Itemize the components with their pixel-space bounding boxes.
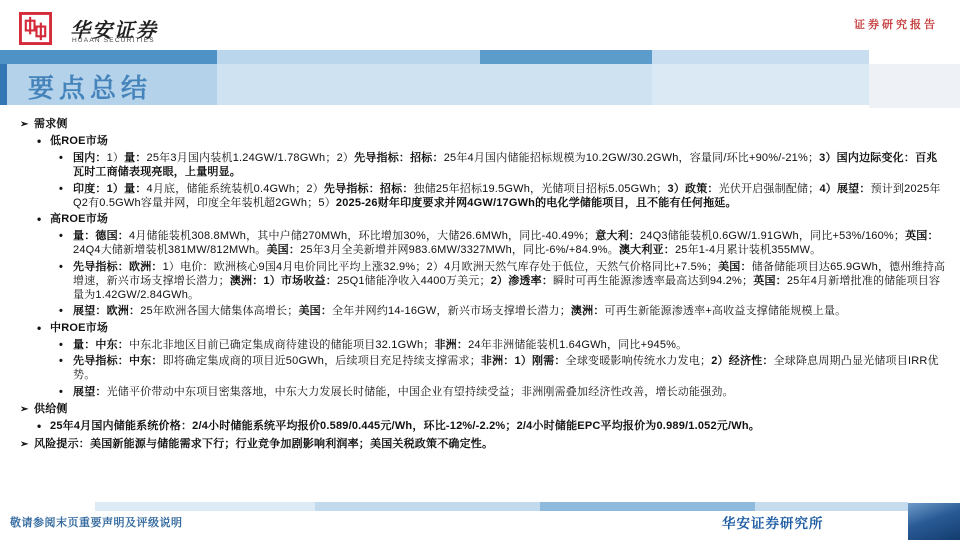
text-line-content: 供给侧 xyxy=(34,403,68,415)
footer-stripe-segment xyxy=(315,502,540,511)
text-line-content: 印度：1）量：4月底，储能系统装机0.4GWh；2）先导指标：招标：独储25年招… xyxy=(73,183,941,209)
dot-bullet-icon: • xyxy=(59,354,63,368)
text-line-content: 展望：欧洲：25年欧洲各国大储集体高增长；美国：全年并网约14-16GW，新兴市… xyxy=(73,305,846,317)
footer-stripe-segment xyxy=(95,502,315,511)
text-line-content: 低ROE市场 xyxy=(50,135,108,147)
footer-stripe-segment xyxy=(755,502,908,511)
text-line-content: 国内：1）量：25年3月国内装机1.24GW/1.78GWh；2）先导指标：招标… xyxy=(73,152,937,178)
text-line: •先导指标：中东：即将确定集成商的项目近50GWh，后续项目充足持续支撑需求；非… xyxy=(0,354,946,382)
text-line: •低ROE市场 xyxy=(0,134,946,149)
report-type-label: 证券研究报告 xyxy=(854,16,938,32)
banner-corner-panel xyxy=(869,64,960,108)
text-line-content: 高ROE市场 xyxy=(50,213,108,225)
arrow-bullet-icon: ➢ xyxy=(20,437,29,452)
text-line: •高ROE市场 xyxy=(0,212,946,227)
text-line-content: 25年4月国内储能系统价格：2/4小时储能系统平均报价0.589/0.445元/… xyxy=(50,420,760,432)
text-line-content: 量：中东：中东北非地区目前已确定集成商待建设的储能项目32.1GWh；非洲：24… xyxy=(73,339,687,351)
text-line: •量：德国：4月储能装机308.8MWh，其中户储270MWh，环比增加30%，… xyxy=(0,229,946,257)
text-line-content: 风险提示：美国新能源与储能需求下行；行业竞争加剧影响利润率；美国关税政策不确定性… xyxy=(34,438,493,450)
banner-bar-segment xyxy=(652,50,869,64)
banner-bar-segment xyxy=(480,50,652,64)
dot-bullet-icon: • xyxy=(59,338,63,352)
text-line: •展望：欧洲：25年欧洲各国大储集体高增长；美国：全年并网约14-16GW，新兴… xyxy=(0,304,946,318)
dot-bullet-icon: • xyxy=(59,385,63,399)
huaan-logo-icon xyxy=(19,12,52,45)
banner-bar-segment xyxy=(217,50,480,64)
text-line: •国内：1）量：25年3月国内装机1.24GW/1.78GWh；2）先导指标：招… xyxy=(0,151,946,179)
text-line-content: 展望：光储平价带动中东项目密集落地，中东大力发展长时储能，中国企业有望持续受益；… xyxy=(73,386,734,398)
text-line: •中ROE市场 xyxy=(0,321,946,336)
dot-bullet-icon: • xyxy=(59,151,63,165)
dot-bullet-icon: • xyxy=(37,212,41,227)
text-line-content: 先导指标：中东：即将确定集成商的项目近50GWh，后续项目充足持续支撑需求；非洲… xyxy=(73,355,939,381)
arrow-bullet-icon: ➢ xyxy=(20,117,29,132)
text-line: •印度：1）量：4月底，储能系统装机0.4GWh；2）先导指标：招标：独储25年… xyxy=(0,182,946,210)
banner-bar-segment xyxy=(0,50,217,64)
banner-left-strip xyxy=(0,64,7,105)
footer-corner-block xyxy=(908,503,960,540)
disclaimer-note: 敬请参阅末页重要声明及评级说明 xyxy=(10,514,183,530)
text-line: ➢需求侧 xyxy=(0,117,946,132)
text-line: •先导指标：欧洲：1）电价：欧洲核心9国4月电价同比平均上涨32.9%；2）4月… xyxy=(0,260,946,302)
dot-bullet-icon: • xyxy=(59,229,63,243)
dot-bullet-icon: • xyxy=(59,182,63,196)
text-line-content: 量：德国：4月储能装机308.8MWh，其中户储270MWh，环比增加30%，大… xyxy=(73,230,939,256)
text-line: ➢风险提示：美国新能源与储能需求下行；行业竞争加剧影响利润率；美国关税政策不确定… xyxy=(0,437,946,452)
text-line-content: 中ROE市场 xyxy=(50,322,108,334)
text-line-content: 需求侧 xyxy=(34,118,68,130)
arrow-bullet-icon: ➢ xyxy=(20,402,29,417)
report-slide: 华安证券 HUAAN SECURITIES 证券研究报告 要点总结 ➢需求侧•低… xyxy=(0,0,960,540)
body-list: ➢需求侧•低ROE市场•国内：1）量：25年3月国内装机1.24GW/1.78G… xyxy=(0,108,960,498)
footer-stripe-segment xyxy=(540,502,755,511)
text-line: •25年4月国内储能系统价格：2/4小时储能系统平均报价0.589/0.445元… xyxy=(0,419,946,434)
banner-title-band xyxy=(652,64,869,105)
text-line: •量：中东：中东北非地区目前已确定集成商待建设的储能项目32.1GWh；非洲：2… xyxy=(0,338,946,352)
text-line: •展望：光储平价带动中东项目密集落地，中东大力发展长时储能，中国企业有望持续受益… xyxy=(0,385,946,399)
text-line: ➢供给侧 xyxy=(0,402,946,417)
dot-bullet-icon: • xyxy=(37,134,41,149)
brand-name-en: HUAAN SECURITIES xyxy=(72,37,155,44)
dot-bullet-icon: • xyxy=(37,419,41,434)
dot-bullet-icon: • xyxy=(59,260,63,274)
dot-bullet-icon: • xyxy=(37,321,41,336)
research-institute-label: 华安证券研究所 xyxy=(722,512,824,532)
page-title: 要点总结 xyxy=(28,68,152,105)
text-line-content: 先导指标：欧洲：1）电价：欧洲核心9国4月电价同比平均上涨32.9%；2）4月欧… xyxy=(73,261,945,301)
banner-title-band xyxy=(217,64,652,105)
dot-bullet-icon: • xyxy=(59,304,63,318)
